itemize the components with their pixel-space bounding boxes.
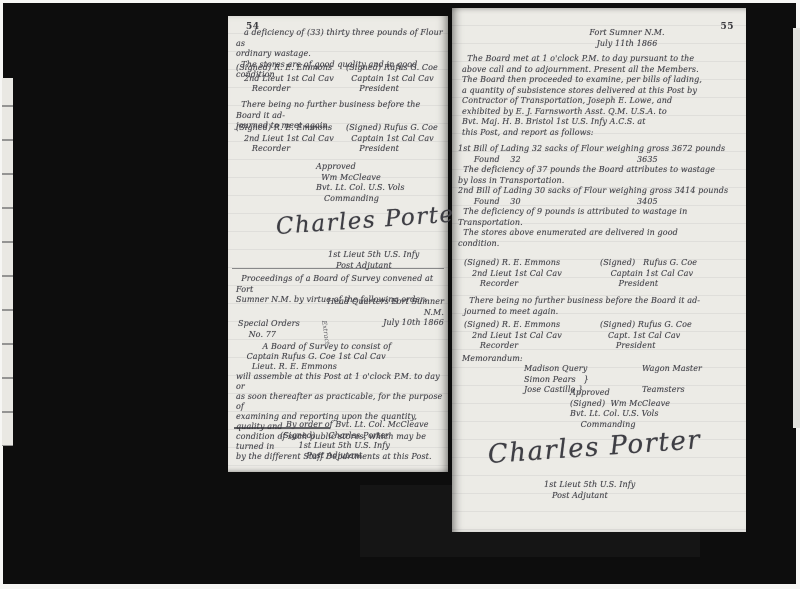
approved-block: Approved (Signed) Wm McCleave Bvt. Lt. C…	[570, 388, 670, 430]
paragraph-adjournment: There being no further business before t…	[464, 296, 742, 317]
scan-frame-edge	[793, 28, 800, 428]
large-signature-charles-porter: Charles Porter	[487, 425, 702, 470]
signature-block-recorder: (Signed) R. E. Emmons 2nd Lieut 1st Cal …	[464, 320, 562, 352]
ledger-page-55: 55 Fort Sumner N.M. July 11th 1866 The B…	[452, 8, 746, 532]
page-number: 55	[720, 22, 734, 32]
memorandum-label: Memorandum:	[462, 354, 523, 365]
bills-of-lading-findings: 1st Bill of Lading 32 sacks of Flour wei…	[458, 144, 742, 249]
approved-block: Approved Wm McCleave Bvt. Lt. Col. U.S. …	[316, 162, 405, 204]
fort-sumner-dateline: Fort Sumner N.M. July 11th 1866	[562, 28, 692, 49]
signature-block-president: (Signed) Rufus G. Coe Captain 1st Cal Ca…	[346, 123, 438, 155]
order-signed-block: (Signed) Charles Porter 1st Lieut 5th U.…	[280, 431, 390, 461]
large-signature-charles-porter: Charles Porter	[275, 201, 468, 240]
signature-block-president: (Signed) Rufus G. Coe Capt. 1st Cal Cav …	[600, 320, 692, 352]
signature-block-recorder: (Signed) R. E. Emmons 2nd Lieut 1st Cal …	[464, 258, 562, 290]
paragraph-board-met: The Board met at 1 o'clock P.M. to day p…	[462, 54, 740, 138]
ledger-page-54: 54 a deficiency of (33) thirty three pou…	[228, 16, 448, 472]
special-orders-label: Special Orders No. 77	[238, 319, 300, 340]
previous-page-edge	[2, 78, 13, 446]
headquarters-dateline: Head Quarters Fort Sumner N.M. July 10th…	[312, 297, 444, 329]
signature-block-recorder: (Signed) R. E. Emmons 2nd Lieut 1st Cal …	[236, 123, 334, 155]
signature-block-recorder: (Signed) R. E. Emmons 2nd Lieut 1st Cal …	[236, 63, 334, 95]
signature-block-president: (Signed) Rufus G. Coe Captain 1st Cal Ca…	[600, 258, 697, 290]
signature-block-president: (Signed) Rufus G. Coe Captain 1st Cal Ca…	[346, 63, 438, 95]
signature-rank-lines: 1st Lieut 5th U.S. Infy Post Adjutant	[544, 480, 635, 501]
section-divider-rule	[232, 268, 444, 269]
by-order-line: By order of Bvt. Lt. Col. McCleave	[286, 420, 429, 431]
